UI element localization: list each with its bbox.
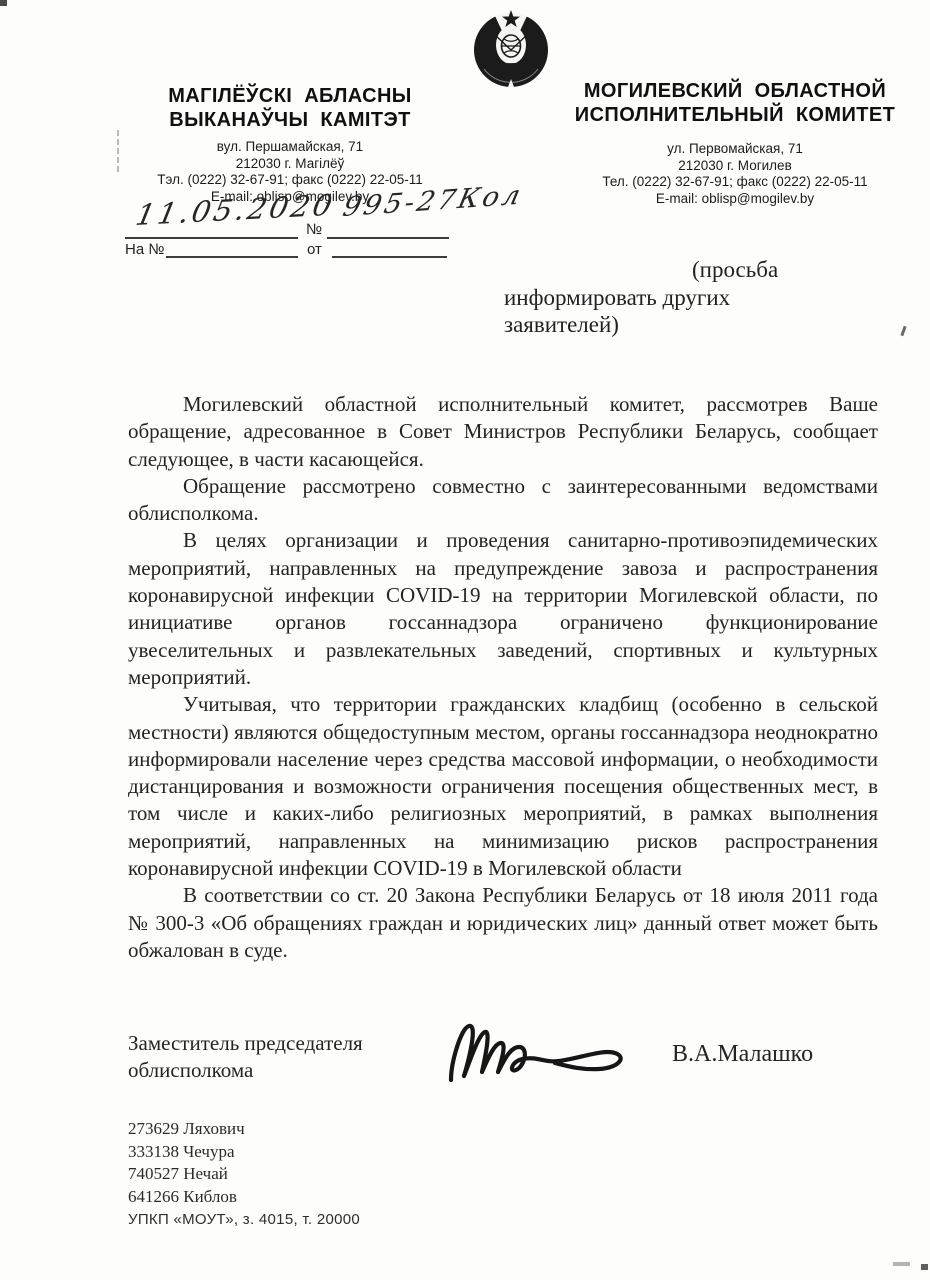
org-address-russian: ул. Первомайская, 71 212030 г. Могилев Т… [565, 141, 905, 207]
signer-name: В.А.Малашко [672, 1041, 813, 1068]
executors-list: 273629 Ляхович 333138 Чечура 740527 Неча… [128, 1118, 245, 1208]
handwritten-signature [443, 1016, 643, 1088]
address-by-phone: Тэл. (0222) 32-67-91; факс (0222) 22-05-… [120, 172, 460, 189]
scan-artifact-bottom-right [893, 1262, 910, 1266]
org-name-belarusian: МАГІЛЁЎСКІ АБЛАСНЫ ВЫКАНАЎЧЫ КАМІТЭТ [145, 84, 435, 132]
org-name-ru-line2: ИСПОЛНИТЕЛЬНЫЙ КОМИТЕТ [565, 103, 905, 127]
paragraph-5: В соответствии со ст. 20 Закона Республи… [128, 882, 878, 964]
reply-number-blank-line [166, 255, 298, 258]
paragraph-4: Учитывая, что территории гражданских кла… [128, 691, 878, 882]
paragraph-2: Обращение рассмотрено совместно с заинте… [128, 473, 878, 528]
recipient-note: (просьба информировать других заявителей… [504, 256, 790, 339]
reply-from-label: от [307, 241, 322, 258]
number-sign-label: № [306, 221, 322, 238]
reply-date-blank-line [332, 255, 447, 258]
org-name-ru-line1: МОГИЛЕВСКИЙ ОБЛАСТНОЙ [565, 79, 905, 103]
print-shop-footer: УПКП «МОУТ», з. 4015, т. 20000 [128, 1211, 360, 1228]
address-ru-city: 212030 г. Могилев [565, 158, 905, 175]
scan-artifact-bottom-corner [921, 1264, 928, 1270]
scan-artifact-corner [0, 0, 7, 6]
date-blank-line [125, 236, 298, 239]
address-ru-email: E-mail: oblisp@mogilev.by [565, 191, 905, 208]
org-name-by-line2: ВЫКАНАЎЧЫ КАМІТЭТ [145, 108, 435, 132]
executor-3: 740527 Нечай [128, 1163, 245, 1186]
scan-artifact-pen-mark [900, 326, 906, 336]
executor-1: 273629 Ляхович [128, 1118, 245, 1141]
executor-2: 333138 Чечура [128, 1141, 245, 1164]
org-name-by-line1: МАГІЛЁЎСКІ АБЛАСНЫ [145, 84, 435, 108]
address-ru-street: ул. Первомайская, 71 [565, 141, 905, 158]
paragraph-3: В целях организации и проведения санитар… [128, 527, 878, 691]
reply-to-label: На № [125, 241, 164, 258]
address-by-city: 212030 г. Магілёў [120, 156, 460, 173]
coat-of-arms-icon [468, 5, 554, 89]
address-by-street: вул. Першамайская, 71 [120, 139, 460, 156]
executor-4: 641266 Киблов [128, 1186, 245, 1209]
letter-body: Могилевский областной исполнительный ком… [128, 391, 878, 964]
scanned-letter-page: МАГІЛЁЎСКІ АБЛАСНЫ ВЫКАНАЎЧЫ КАМІТЭТ вул… [0, 0, 930, 1280]
signer-position-line2: облисполкома [128, 1057, 458, 1084]
scan-artifact-left-edge [117, 130, 119, 172]
number-blank-line [327, 236, 449, 239]
address-ru-phone: Тел. (0222) 32-67-91; факс (0222) 22-05-… [565, 174, 905, 191]
signer-position-line1: Заместитель председателя [128, 1030, 458, 1057]
paragraph-1: Могилевский областной исполнительный ком… [128, 391, 878, 473]
org-name-russian: МОГИЛЕВСКИЙ ОБЛАСТНОЙ ИСПОЛНИТЕЛЬНЫЙ КОМ… [565, 79, 905, 127]
signer-position: Заместитель председателя облисполкома [128, 1030, 458, 1084]
